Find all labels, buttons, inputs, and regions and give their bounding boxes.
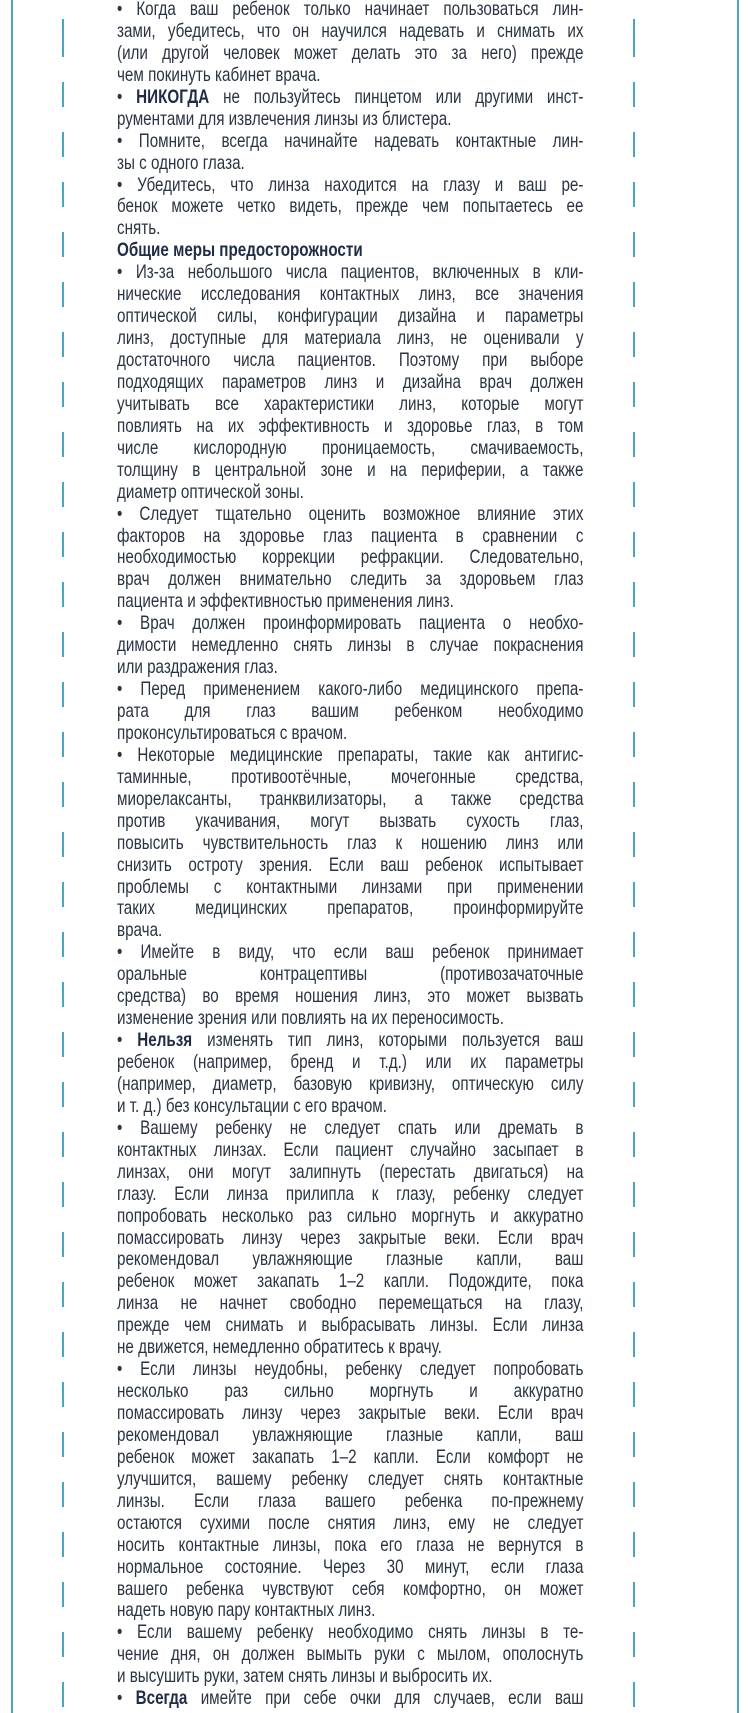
text-line: надеть новую пару контактных линз.: [117, 1601, 583, 1623]
text-line: диаметр оптической зоны.: [117, 483, 583, 505]
bullet-paragraph: • Убедитесь, что линза находится на глаз…: [117, 176, 583, 242]
bullet-paragraph: • Если линзы неудобны, ребенку следует п…: [117, 1360, 583, 1623]
bullet-paragraph: • Некоторые медицинские препараты, такие…: [117, 746, 583, 943]
text-line: димости немедленно снять линзы в случае …: [117, 636, 583, 658]
text-line: улучшится, вашему ребенку следует снять …: [117, 1470, 583, 1492]
text-line: (или другой человек может делать это за …: [117, 44, 583, 66]
text-line: учитывать все характеристики линз, котор…: [117, 395, 583, 417]
text-line: • Когда ваш ребенок только начинает поль…: [117, 0, 583, 22]
text-line: ребенок (например, бренд и т.д.) или их …: [117, 1053, 583, 1075]
bullet-paragraph: • Если вашему ребенку необходимо снять л…: [117, 1623, 583, 1689]
text-line: зы с одного глаза.: [117, 154, 583, 176]
text-line: пациента и эффективностью применения лин…: [117, 592, 583, 614]
text-line: • Нельзя изменять тип линз, которыми пол…: [117, 1031, 583, 1053]
text-line: контактных линзах. Если пациент случайно…: [117, 1141, 583, 1163]
text-line: • Вашему ребенку не следует спать или др…: [117, 1119, 583, 1141]
text-line: • Перед применением какого-либо медицинс…: [117, 680, 583, 702]
text-line: помассировать линзу через закрытые веки.…: [117, 1229, 583, 1251]
text-line: нические исследования контактных линз, в…: [117, 285, 583, 307]
bullet-paragraph: • Когда ваш ребенок только начинает поль…: [117, 0, 583, 88]
text-line: достаточного числа пациентов. Поэтому пр…: [117, 351, 583, 373]
emphasis-text: Всегда: [136, 1687, 188, 1709]
text-line: рата для глаз вашим ребенком необходимо: [117, 702, 583, 724]
text-line: и т. д.) без консультации с его врачом.: [117, 1097, 583, 1119]
bullet-paragraph: • Следует тщательно оценить возможное вл…: [117, 505, 583, 615]
bullet-paragraph: • Врач должен проинформировать пациента …: [117, 614, 583, 680]
text-line: бенок можете четко видеть, прежде чем по…: [117, 197, 583, 219]
text-line: необходимостью коррекции рефракции. След…: [117, 548, 583, 570]
text-line: • Некоторые медицинские препараты, такие…: [117, 746, 583, 768]
emphasis-text: Нельзя: [137, 1029, 192, 1051]
text-line: врач должен внимательно следить за здоро…: [117, 570, 583, 592]
text-line: • Если линзы неудобны, ребенку следует п…: [117, 1360, 583, 1382]
bullet-paragraph: • Имейте в виду, что если ваш ребенок пр…: [117, 943, 583, 1031]
text-line: миорелаксанты, транквилизаторы, а также …: [117, 790, 583, 812]
text-line: толщину в центральной зоне и на перифери…: [117, 461, 583, 483]
bullet-paragraph: • Перед применением какого-либо медицинс…: [117, 680, 583, 746]
text-line: • Имейте в виду, что если ваш ребенок пр…: [117, 943, 583, 965]
text-line: нормальное состояние. Через 30 минут, ес…: [117, 1558, 583, 1580]
text-line: проблемы с контактными линзами при приме…: [117, 878, 583, 900]
instruction-text-column: • Когда ваш ребенок только начинает поль…: [117, 0, 583, 1711]
right-border-line: [737, 0, 739, 1713]
text-line: • Помните, всегда начинайте надевать кон…: [117, 132, 583, 154]
text-line: • НИКОГДА не пользуйтесь пинцетом или др…: [117, 88, 583, 110]
text-line: рументами для извлечения линзы из блисте…: [117, 110, 583, 132]
text-line: попробовать несколько раз сильно моргнут…: [117, 1207, 583, 1229]
text-line: остаются сухими после снятия линз, ему н…: [117, 1514, 583, 1536]
text-line: числе кислородную проницаемость, смачива…: [117, 439, 583, 461]
text-line: не движется, немедленно обратитесь к вра…: [117, 1338, 583, 1360]
text-line: оптической силы, конфигурации дизайна и …: [117, 307, 583, 329]
text-line: факторов на здоровье глаз пациента в сра…: [117, 527, 583, 549]
text-line: рекомендовал увлажняющие глазные капли, …: [117, 1426, 583, 1448]
bullet-paragraph: • Нельзя изменять тип линз, которыми пол…: [117, 1031, 583, 1119]
bullet-paragraph: • Из-за небольшого числа пациентов, вклю…: [117, 263, 583, 504]
text-line: повысить чувствительность глаз к ношению…: [117, 834, 583, 856]
text-line: ребенок может закапать 1–2 капли. Если к…: [117, 1448, 583, 1470]
right-cut-line: [633, 0, 635, 1713]
text-line: снять.: [117, 219, 583, 241]
text-line: • Всегда имейте при себе очки для случае…: [117, 1689, 583, 1711]
text-line: подходящих параметров линз и дизайна вра…: [117, 373, 583, 395]
text-line: чение дня, он должен вымыть руки с мылом…: [117, 1645, 583, 1667]
bullet-paragraph: • Всегда имейте при себе очки для случае…: [117, 1689, 583, 1711]
text-line: проконсультироваться с врачом.: [117, 724, 583, 746]
text-line: зами, убедитесь, что он научился надеват…: [117, 22, 583, 44]
text-line: • Врач должен проинформировать пациента …: [117, 614, 583, 636]
text-line: • Следует тщательно оценить возможное вл…: [117, 505, 583, 527]
text-line: линз, доступные для материала линз, не о…: [117, 329, 583, 351]
text-line: • Если вашему ребенку необходимо снять л…: [117, 1623, 583, 1645]
text-line: несколько раз сильно моргнуть и аккуратн…: [117, 1382, 583, 1404]
bullet-paragraph: • Вашему ребенку не следует спать или др…: [117, 1119, 583, 1360]
text-line: Общие меры предосторожности: [117, 241, 583, 263]
text-line: чем покинуть кабинет врача.: [117, 66, 583, 88]
text-line: вашего ребенка чувствуют себя комфортно,…: [117, 1580, 583, 1602]
left-border-line: [11, 0, 13, 1713]
text-line: врача.: [117, 921, 583, 943]
text-line: таминные, противоотёчные, мочегонные сре…: [117, 768, 583, 790]
text-line: оральные контрацептивы (противозачаточны…: [117, 965, 583, 987]
text-line: против укачивания, могут вызвать сухость…: [117, 812, 583, 834]
text-line: носить контактные линзы, пока его глаза …: [117, 1536, 583, 1558]
text-line: линза не начнет свободно перемещаться на…: [117, 1294, 583, 1316]
text-line: прежде чем снимать и выбрасывать линзы. …: [117, 1316, 583, 1338]
text-line: помассировать линзу через закрытые веки.…: [117, 1404, 583, 1426]
text-line: (например, диаметр, базовую кривизну, оп…: [117, 1075, 583, 1097]
text-line: изменение зрения или повлиять на их пере…: [117, 1009, 583, 1031]
text-line: или раздражения глаз.: [117, 658, 583, 680]
text-line: линзах, они могут залипнуть (перестать д…: [117, 1163, 583, 1185]
text-line: таких медицинских препаратов, проинформи…: [117, 899, 583, 921]
text-line: глазу. Если линза прилипла к глазу, ребе…: [117, 1185, 583, 1207]
text-line: • Убедитесь, что линза находится на глаз…: [117, 176, 583, 198]
text-line: повлиять на их эффективность и здоровье …: [117, 417, 583, 439]
text-line: снизить остроту зрения. Если ваш ребенок…: [117, 856, 583, 878]
section-heading: Общие меры предосторожности: [117, 241, 583, 263]
text-line: и высушить руки, затем снять линзы и выб…: [117, 1667, 583, 1689]
text-line: рекомендовал увлажняющие глазные капли, …: [117, 1250, 583, 1272]
text-line: • Из-за небольшого числа пациентов, вклю…: [117, 263, 583, 285]
left-cut-line: [62, 0, 64, 1713]
text-line: средства) во время ношения линз, это мож…: [117, 987, 583, 1009]
text-line: ребенок может закапать 1–2 капли. Подожд…: [117, 1272, 583, 1294]
bullet-paragraph: • НИКОГДА не пользуйтесь пинцетом или др…: [117, 88, 583, 132]
bullet-paragraph: • Помните, всегда начинайте надевать кон…: [117, 132, 583, 176]
emphasis-text: НИКОГДА: [136, 86, 209, 108]
text-line: линзы. Если глаза вашего ребенка по-преж…: [117, 1492, 583, 1514]
